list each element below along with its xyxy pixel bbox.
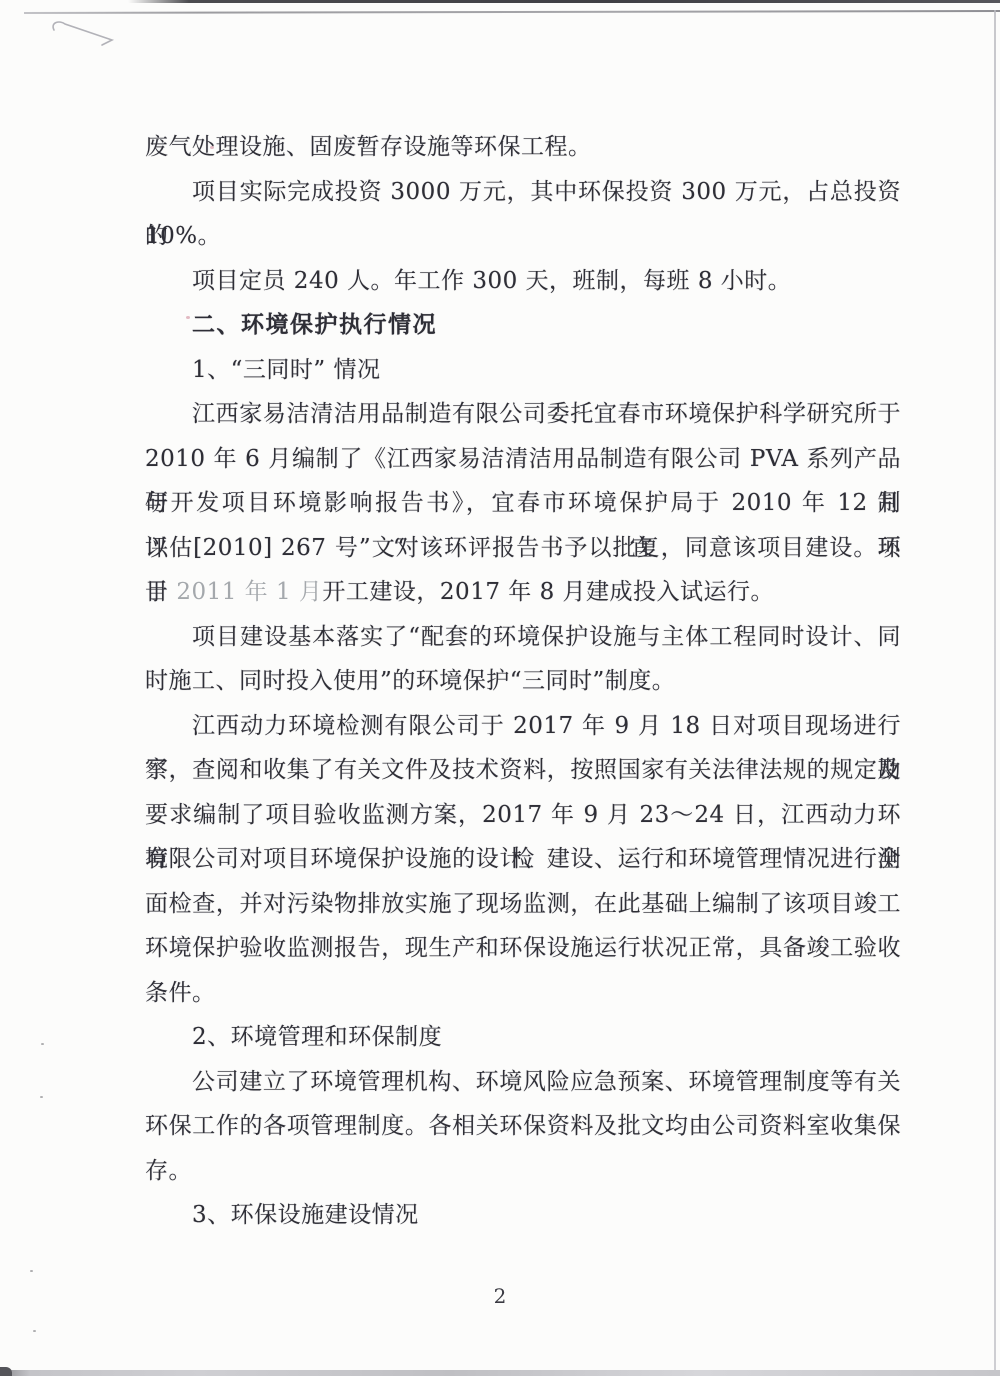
scan-speck — [33, 1330, 36, 1332]
text-line: 环保工作的各项管理制度。各相关环保资料及批文均由公司资料室收集保 — [145, 1104, 901, 1149]
text-line: 条件。 — [145, 971, 901, 1016]
text-line: 2010 年 6 月编制了《江西家易洁清洁用品制造有限公司 PVA 系列产品研制 — [145, 437, 901, 482]
text-line: 1、“三同时” 情况 — [145, 348, 901, 393]
scan-top-edge-artifact — [128, 0, 1000, 3]
text-line: 江西家易洁清洁用品制造有限公司委托宜春市环境保护科学研究所于 — [145, 392, 901, 437]
text-line: 二、环境保护执行情况 — [145, 303, 901, 348]
text-line: 2、环境管理和环保制度 — [145, 1015, 901, 1060]
scan-speck — [30, 1270, 33, 1272]
text-line: 10%。 — [145, 214, 901, 259]
text-segment: 开工建设，2017 年 8 月建成投入试运行。 — [322, 579, 774, 605]
text-line: 与开发项目环境影响报告书》，宜春市环境保护局于 2010 年 12 月以“宜环 — [145, 481, 901, 526]
text-line: 评估[2010] 267 号”文对该环评报告书予以批复，同意该项目建设。项目 — [145, 526, 901, 571]
text-line: 3、环保设施建设情况 — [145, 1193, 901, 1238]
text-line: 于 2011 年 1 月开工建设，2017 年 8 月建成投入试运行。 — [145, 570, 901, 615]
document-body: 废气处理设施、固废暂存设施等环保工程。项目实际完成投资 3000 万元，其中环保… — [145, 125, 901, 1238]
text-line: 项目定员 240 人。年工作 300 天，班制，每班 8 小时。 — [145, 259, 901, 304]
text-line: 江西动力环境检测有限公司于 2017 年 9 月 18 日对项目现场进行了勘 — [145, 704, 901, 749]
text-line: 察，查阅和收集了有关文件及技术资料，按照国家有关法律法规的规定及 — [145, 748, 901, 793]
text-line: 有限公司对项目环境保护设施的设计、建设、运行和环境管理情况进行全 — [145, 837, 901, 882]
text-line: 废气处理设施、固废暂存设施等环保工程。 — [145, 125, 901, 170]
paperclip-mark — [46, 16, 124, 54]
text-segment: 于 — [145, 579, 176, 605]
text-line: 面检查，并对污染物排放实施了现场监测，在此基础上编制了该项目竣工 — [145, 882, 901, 927]
document-page: 废气处理设施、固废暂存设施等环保工程。项目实际完成投资 3000 万元，其中环保… — [0, 0, 1000, 1376]
text-segment: 2011 年 1 月 — [176, 579, 322, 605]
scan-speck — [41, 1043, 44, 1045]
text-line: 环境保护验收监测报告，现生产和环保设施运行状况正常，具备竣工验收 — [145, 926, 901, 971]
page-number: 2 — [0, 1284, 1000, 1308]
text-line: 要求编制了项目验收监测方案，2017 年 9 月 23～24 日，江西动力环境检… — [145, 793, 901, 838]
text-line: 项目建设基本落实了“配套的环境保护设施与主体工程同时设计、同 — [145, 615, 901, 660]
scan-corner-blob-artifact — [0, 1367, 12, 1376]
scan-horizontal-line-artifact — [24, 10, 1000, 14]
text-line: 时施工、同时投入使用”的环境保护“三同时”制度。 — [145, 659, 901, 704]
text-line: 项目实际完成投资 3000 万元，其中环保投资 300 万元，占总投资的 — [145, 170, 901, 215]
text-line: 存。 — [145, 1149, 901, 1194]
text-line: 公司建立了环境管理机构、环境风险应急预案、环境管理制度等有关 — [145, 1060, 901, 1105]
scan-speck — [40, 1096, 43, 1098]
scan-bottom-edge-artifact — [0, 1370, 1000, 1376]
scan-right-edge-line-artifact — [994, 10, 996, 1370]
